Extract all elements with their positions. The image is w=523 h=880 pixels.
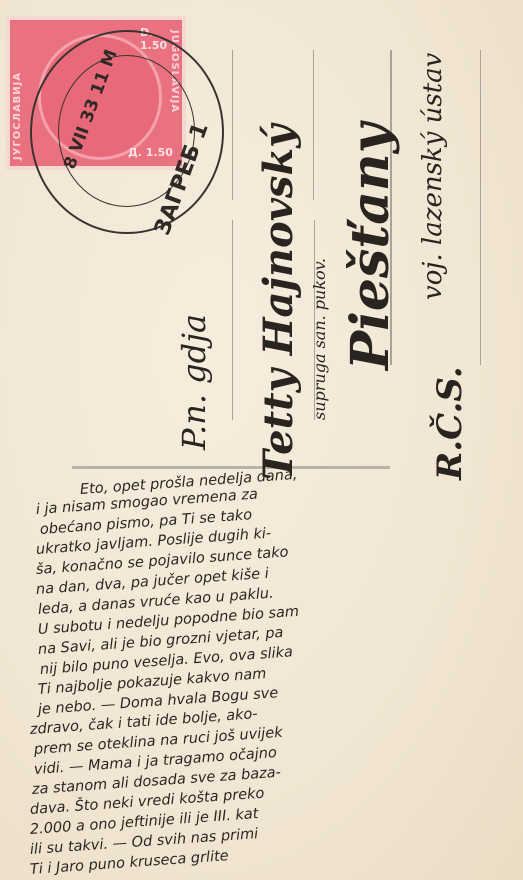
postcard: ЈУГОСЛАВИЈА JUGOSLAVIJA D. 1.50 Д. 1.50 …	[0, 0, 523, 880]
handwritten-message: Eto, opet prošla nedelja dana, i ja nisa…	[0, 0, 523, 880]
